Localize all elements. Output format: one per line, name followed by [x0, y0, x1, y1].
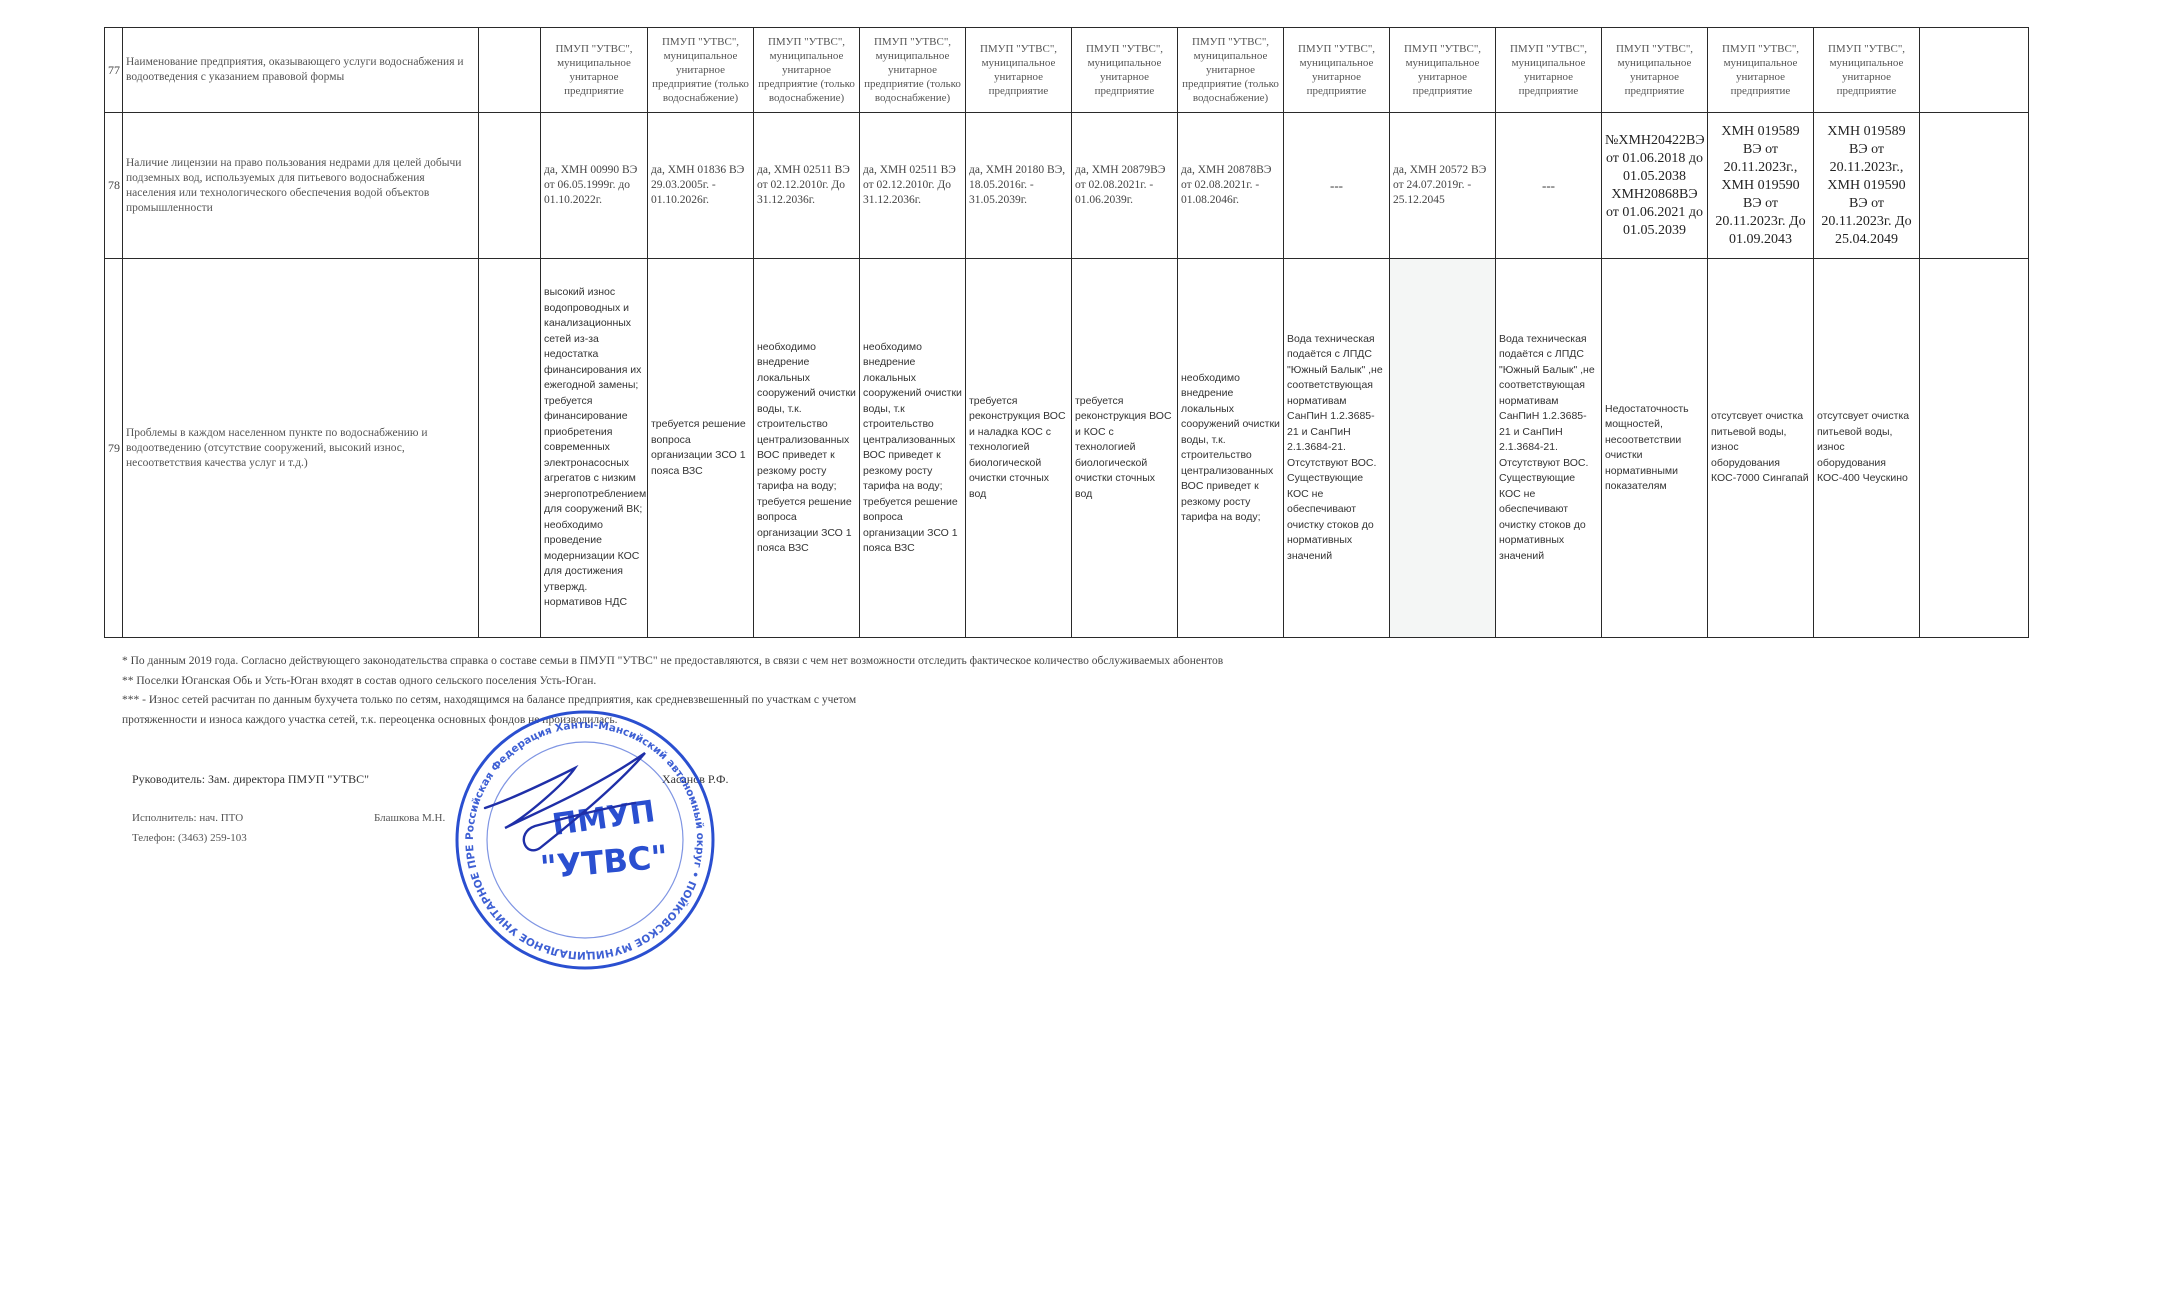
executor-name: Блашкова М.Н. [374, 812, 445, 824]
stamp-center-text-2: "УТВС" [539, 838, 670, 887]
table-cell: ПМУП "УТВС", муниципальное унитарное пре… [1708, 28, 1814, 113]
table-cell: ХМН 019589 ВЭ от 20.11.2023г., ХМН 01959… [1708, 113, 1814, 259]
table-cell: да, ХМН 02511 ВЭ от 02.12.2010г. До 31.1… [754, 113, 860, 259]
water-supply-table: 77Наименование предприятия, оказывающего… [104, 27, 2029, 638]
table-cell [1920, 28, 2029, 113]
table-cell: ПМУП "УТВС", муниципальное унитарное пре… [966, 28, 1072, 113]
table-cell: да, ХМН 20878ВЭ от 02.08.2021г. - 01.08.… [1178, 113, 1284, 259]
table-cell: ПМУП "УТВС", муниципальное унитарное пре… [860, 28, 966, 113]
table-cell: ПМУП "УТВС", муниципальное унитарное пре… [1814, 28, 1920, 113]
row-description: Наличие лицензии на право пользования не… [123, 113, 479, 259]
row-empty-cell [479, 259, 541, 638]
table-cell: Недостаточность мощностей, несоответстви… [1602, 259, 1708, 638]
table-cell: ПМУП "УТВС", муниципальное унитарное пре… [1072, 28, 1178, 113]
table-cell: ПМУП "УТВС", муниципальное унитарное пре… [754, 28, 860, 113]
table-cell: отсутсвует очистка питьевой воды, износ … [1708, 259, 1814, 638]
row-empty-cell [479, 28, 541, 113]
row-description: Наименование предприятия, оказывающего у… [123, 28, 479, 113]
table-cell: ПМУП "УТВС", муниципальное унитарное пре… [648, 28, 754, 113]
table-cell: ПМУП "УТВС", муниципальное унитарное пре… [1178, 28, 1284, 113]
table-cell: требуется реконструкция ВОС и КОС с техн… [1072, 259, 1178, 638]
table-cell: да, ХМН 02511 ВЭ от 02.12.2010г. До 31.1… [860, 113, 966, 259]
row-number: 78 [105, 113, 123, 259]
row-empty-cell [479, 113, 541, 259]
table-cell: необходимо внедрение локальных сооружени… [754, 259, 860, 638]
table-cell: да, ХМН 01836 ВЭ 29.03.2005г. - 01.10.20… [648, 113, 754, 259]
table-cell: ПМУП "УТВС", муниципальное унитарное пре… [541, 28, 648, 113]
table-cell: --- [1284, 113, 1390, 259]
executor-label: Исполнитель: нач. ПТО [132, 812, 243, 824]
table-row: 79Проблемы в каждом населенном пункте по… [105, 259, 2029, 638]
table-cell: необходимо внедрение локальных сооружени… [860, 259, 966, 638]
table-cell: ПМУП "УТВС", муниципальное унитарное пре… [1284, 28, 1390, 113]
table-cell: --- [1496, 113, 1602, 259]
table-row: 77Наименование предприятия, оказывающего… [105, 28, 2029, 113]
phone-number: Телефон: (3463) 259-103 [132, 832, 247, 844]
table-cell: да, ХМН 20180 ВЭ, 18.05.2016г. - 31.05.2… [966, 113, 1072, 259]
row-number: 79 [105, 259, 123, 638]
table-cell: требуется реконструкция ВОС и наладка КО… [966, 259, 1072, 638]
table-cell: ПМУП "УТВС", муниципальное унитарное пре… [1390, 28, 1496, 113]
table-cell [1390, 259, 1496, 638]
table-cell: необходимо внедрение локальных сооружени… [1178, 259, 1284, 638]
table-cell [1920, 113, 2029, 259]
table-cell: да, ХМН 20879ВЭ от 02.08.2021г. - 01.06.… [1072, 113, 1178, 259]
footnote-1: * По данным 2019 года. Согласно действую… [122, 652, 1223, 672]
table-cell: ХМН 019589 ВЭ от 20.11.2023г., ХМН 01959… [1814, 113, 1920, 259]
table-cell: Вода техническая подаётся с ЛПДС "Южный … [1496, 259, 1602, 638]
table-cell: ПМУП "УТВС", муниципальное унитарное пре… [1602, 28, 1708, 113]
table-cell: да, ХМН 00990 ВЭ от 06.05.1999г. до 01.1… [541, 113, 648, 259]
table-cell [1920, 259, 2029, 638]
table-cell: требуется решение вопроса организации ЗС… [648, 259, 754, 638]
footnote-2: ** Поселки Юганская Обь и Усть-Юган вход… [122, 672, 1223, 692]
table-cell: высокий износ водопроводных и канализаци… [541, 259, 648, 638]
head-signatory-label: Руководитель: Зам. директора ПМУП "УТВС" [132, 772, 369, 787]
row-description: Проблемы в каждом населенном пункте по в… [123, 259, 479, 638]
table-cell: Вода техническая подаётся с ЛПДС "Южный … [1284, 259, 1390, 638]
table-cell: да, ХМН 20572 ВЭ от 24.07.2019г. - 25.12… [1390, 113, 1496, 259]
table-cell: отсутсвует очистка питьевой воды, износ … [1814, 259, 1920, 638]
table-cell: №ХМН20422ВЭ от 01.06.2018 до 01.05.2038 … [1602, 113, 1708, 259]
document-page: 77Наименование предприятия, оказывающего… [0, 0, 2168, 1313]
row-number: 77 [105, 28, 123, 113]
table-cell: ПМУП "УТВС", муниципальное унитарное пре… [1496, 28, 1602, 113]
official-stamp-icon: Российская Федерация Ханты-Мансийский ав… [445, 708, 725, 973]
table-row: 78Наличие лицензии на право пользования … [105, 113, 2029, 259]
